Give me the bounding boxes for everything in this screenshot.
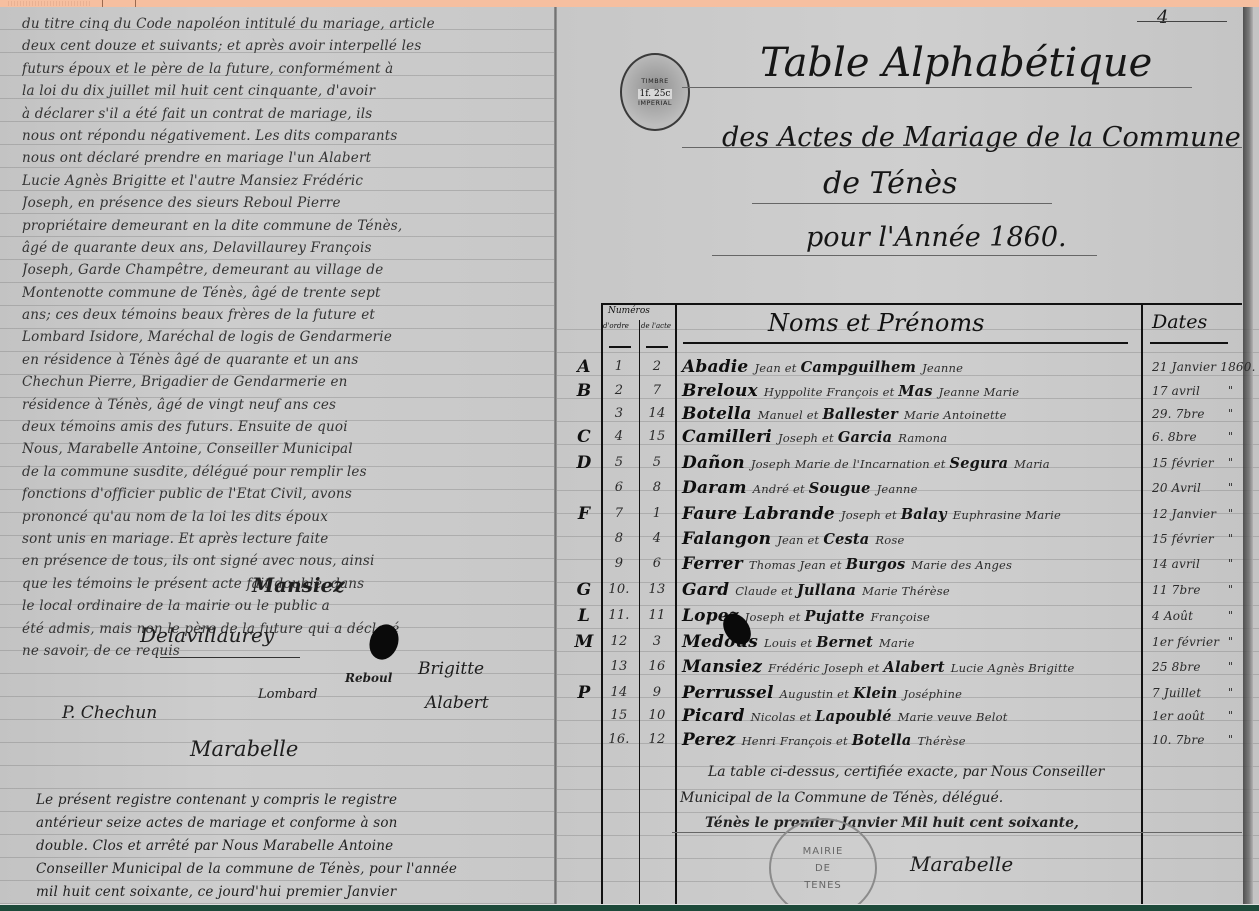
- text-line: Le présent registre contenant y compris …: [36, 789, 551, 812]
- no-ordre: 10.: [604, 579, 634, 601]
- table-top-border: [602, 303, 1242, 305]
- groom-surname: Faure Labrande: [682, 504, 835, 524]
- groom-surname: Perez: [682, 730, 736, 750]
- no-ordre: 11.: [604, 605, 634, 627]
- marriage-date: 10. 7bre: [1152, 729, 1205, 751]
- bride-surname: Burgos: [846, 556, 906, 573]
- no-ordre: 16.: [604, 729, 634, 751]
- marriage-date: 20 Avril: [1152, 477, 1201, 499]
- table-row: M 12 3 MedousLouis etBernetMarie 1er fév…: [560, 631, 1240, 653]
- bride-given: Joséphine: [903, 687, 962, 701]
- year-ditto: ": [1228, 729, 1233, 751]
- header-divider: [609, 346, 631, 348]
- bride-given: Marie: [879, 636, 915, 650]
- bride-surname: Pujatte: [805, 608, 865, 625]
- title-underline: [682, 147, 1242, 148]
- groom-surname: Breloux: [682, 381, 758, 401]
- certification-line-2: Municipal de la Commune de Ténès, délégu…: [680, 790, 1003, 806]
- year-ditto: ": [1228, 403, 1233, 425]
- bride-given: Maria: [1014, 457, 1050, 471]
- text-line: deux cent douze et suivants; et après av…: [22, 35, 552, 57]
- bride-surname: Botella: [852, 732, 912, 749]
- marriage-date: 15 février: [1152, 452, 1214, 474]
- groom-given: Joseph et: [841, 508, 897, 522]
- bride-surname: Ballester: [823, 406, 898, 423]
- text-line: en présence de tous, ils ont signé avec …: [22, 550, 552, 572]
- groom-name: Faure LabrandeJoseph etBalayEuphrasine M…: [682, 503, 1061, 526]
- text-line: double. Clos et arrêté par Nous Marabell…: [36, 835, 551, 858]
- certification-line-3: Ténès le premier Janvier Mil huit cent s…: [705, 815, 1079, 831]
- signature-lombard: Lombard: [258, 687, 317, 702]
- title-line-2: des Actes de Mariage de la Commune: [722, 122, 1241, 153]
- bride-surname: Cesta: [823, 531, 869, 548]
- text-line: prononcé qu'au nom de la loi les dits ép…: [22, 506, 552, 528]
- stamp-ring-text-left: TIMBRE: [641, 77, 669, 85]
- text-line: propriétaire demeurant en la dite commun…: [22, 215, 552, 237]
- marriage-date: 29. 7bre: [1152, 403, 1205, 425]
- no-ordre: 13: [604, 656, 634, 678]
- text-line: de la commune susdite, délégué pour remp…: [22, 461, 552, 483]
- title-underline: [712, 255, 1097, 256]
- groom-name: PicardNicolas etLapoubléMarie veuve Belo…: [682, 705, 1008, 728]
- text-line: nous ont déclaré prendre en mariage l'un…: [22, 147, 552, 169]
- no-acte: 3: [642, 631, 672, 653]
- alpha-letter: G: [572, 579, 596, 601]
- no-acte: 6: [642, 553, 672, 575]
- header-no-acte: de l'acte: [641, 322, 671, 330]
- groom-surname: Ferrer: [682, 554, 743, 574]
- year-ditto: ": [1228, 503, 1233, 525]
- bride-given: Jeanne Marie: [939, 385, 1020, 399]
- table-row: 13 16 MansiezFrédéric Joseph etAlabertLu…: [560, 656, 1240, 678]
- header-noms-prenoms: Noms et Prénoms: [768, 309, 984, 337]
- groom-surname: Botella: [682, 404, 752, 424]
- groom-surname: Falangon: [682, 529, 771, 549]
- bride-surname: Balay: [901, 506, 947, 523]
- bride-given: Jeanne: [922, 361, 963, 375]
- no-ordre: 6: [604, 477, 634, 499]
- no-acte: 7: [642, 380, 672, 402]
- mairie-de-tenes-stamp: MAIRIE DE TENES: [769, 818, 877, 911]
- no-ordre: 15: [604, 705, 634, 727]
- alpha-letter: L: [572, 605, 596, 627]
- marriage-date: 11 7bre: [1152, 579, 1201, 601]
- groom-surname: Gard: [682, 580, 729, 600]
- alpha-letter: D: [572, 452, 596, 474]
- groom-name: MedousLouis etBernetMarie: [682, 631, 915, 654]
- groom-given: Henri François et: [742, 734, 848, 748]
- signature-marabelle: Marabelle: [190, 737, 298, 761]
- stamp-text: TENES: [804, 877, 842, 894]
- alpha-letter: C: [572, 426, 596, 448]
- groom-given: Louis et: [764, 636, 812, 650]
- signature-chechun: P. Chechun: [62, 703, 157, 723]
- no-ordre: 12: [604, 631, 634, 653]
- table-row: B 2 7 BrelouxHyppolite François etMasJea…: [560, 380, 1240, 402]
- table-row: 3 14 BotellaManuel etBallesterMarie Anto…: [560, 403, 1240, 425]
- groom-surname: Camilleri: [682, 427, 772, 447]
- text-line: âgé de quarante deux ans, Delavillaurey …: [22, 237, 552, 259]
- signature-marabelle: Marabelle: [910, 852, 1013, 876]
- bride-surname: Jullana: [797, 582, 856, 599]
- title-underline: [752, 203, 1052, 204]
- groom-name: FalangonJean etCestaRose: [682, 528, 904, 551]
- bride-given: Françoise: [871, 610, 930, 624]
- groom-name: FerrerThomas Jean etBurgosMarie des Ange…: [682, 553, 1012, 576]
- groom-given: Joseph et: [778, 431, 834, 445]
- groom-surname: Mansiez: [682, 657, 762, 677]
- year-ditto: ": [1228, 682, 1233, 704]
- bride-surname: Mas: [898, 383, 932, 400]
- bride-given: Marie Thérèse: [862, 584, 950, 598]
- no-ordre: 4: [604, 426, 634, 448]
- text-line: antérieur seize actes de mariage et conf…: [36, 812, 551, 835]
- marriage-date: 12 Janvier: [1152, 503, 1216, 525]
- groom-name: BrelouxHyppolite François etMasJeanne Ma…: [682, 380, 1019, 403]
- year-ditto: ": [1228, 477, 1233, 499]
- viewer-bottom-band: [0, 904, 1259, 911]
- year-ditto: ": [1228, 705, 1233, 727]
- text-line: Chechun Pierre, Brigadier de Gendarmerie…: [22, 371, 552, 393]
- signature-delavillaurey: Delavillaurey: [140, 623, 274, 647]
- table-row: 8 4 FalangonJean etCestaRose 15 février …: [560, 528, 1240, 550]
- table-row: 6 8 DaramAndré etSougueJeanne 20 Avril ": [560, 477, 1240, 499]
- text-line: Montenotte commune de Ténès, âgé de tren…: [22, 282, 552, 304]
- year-ditto: ": [1228, 528, 1233, 550]
- title-line-4: pour l'Année 1860.: [806, 222, 1067, 253]
- year-ditto: ": [1228, 579, 1233, 601]
- bride-surname: Campguilhem: [801, 359, 916, 376]
- closing-statement: Le présent registre contenant y compris …: [36, 789, 551, 904]
- no-ordre: 7: [604, 503, 634, 525]
- signature-underline: [160, 657, 300, 658]
- marriage-date: 21 Janvier 1860.: [1152, 356, 1256, 378]
- header-dates: Dates: [1152, 311, 1207, 333]
- header-numeros: Numéros: [608, 306, 650, 316]
- groom-name: MansiezFrédéric Joseph etAlabertLucie Ag…: [682, 656, 1075, 679]
- bride-given: Rose: [875, 533, 904, 547]
- certification-underline: [672, 832, 1242, 833]
- groom-name: CamilleriJoseph etGarciaRamona: [682, 426, 947, 449]
- groom-given: Manuel et: [758, 408, 819, 422]
- page-edge-shadow: [1243, 7, 1253, 904]
- no-acte: 9: [642, 682, 672, 704]
- no-ordre: 9: [604, 553, 634, 575]
- header-divider: [683, 342, 1128, 344]
- no-acte: 8: [642, 477, 672, 499]
- viewer-top-strip: [0, 0, 1259, 7]
- groom-name: PerezHenri François etBotellaThérèse: [682, 729, 966, 752]
- year-ditto: ": [1228, 656, 1233, 678]
- table-row: 15 10 PicardNicolas etLapoubléMarie veuv…: [560, 705, 1240, 727]
- signature-reboul: Reboul: [345, 671, 392, 685]
- text-line: à déclarer s'il a été fait un contrat de…: [22, 103, 552, 125]
- no-acte: 15: [642, 426, 672, 448]
- bride-surname: Klein: [853, 685, 897, 702]
- groom-surname: Dañon: [682, 453, 745, 473]
- marriage-date: 4 Août: [1152, 605, 1193, 627]
- alpha-letter: B: [572, 380, 596, 402]
- text-line: ans; ces deux témoins beaux frères de la…: [22, 304, 552, 326]
- marriage-date: 17 avril: [1152, 380, 1200, 402]
- groom-name: LopezJoseph etPujatteFrançoise: [682, 605, 930, 628]
- stamp-text: DE: [815, 860, 831, 877]
- text-line: du titre cinq du Code napoléon intitulé …: [22, 13, 552, 35]
- table-row: 9 6 FerrerThomas Jean etBurgosMarie des …: [560, 553, 1240, 575]
- text-line: Lucie Agnès Brigitte et l'autre Mansiez …: [22, 170, 552, 192]
- bride-surname: Segura: [950, 455, 1009, 472]
- bride-given: Euphrasine Marie: [953, 508, 1061, 522]
- text-line: deux témoins amis des futurs. Ensuite de…: [22, 416, 552, 438]
- no-ordre: 2: [604, 380, 634, 402]
- year-ditto: ": [1228, 553, 1233, 575]
- bride-surname: Lapoublé: [815, 708, 891, 725]
- no-acte: 16: [642, 656, 672, 678]
- table-row: 16. 12 PerezHenri François etBotellaThér…: [560, 729, 1240, 751]
- text-line: sont unis en mariage. Et après lecture f…: [22, 528, 552, 550]
- groom-name: PerrusselAugustin etKleinJoséphine: [682, 682, 962, 705]
- text-line: été admis, mais non le père de la future…: [22, 618, 552, 640]
- no-acte: 14: [642, 403, 672, 425]
- no-acte: 10: [642, 705, 672, 727]
- title-line-1: Table Alphabétique: [760, 40, 1152, 86]
- viewer-tick-mark: [102, 0, 103, 7]
- text-line: Nous, Marabelle Antoine, Conseiller Muni…: [22, 438, 552, 460]
- table-row: F 7 1 Faure LabrandeJoseph etBalayEuphra…: [560, 503, 1240, 525]
- no-acte: 1: [642, 503, 672, 525]
- no-acte: 4: [642, 528, 672, 550]
- certification-line-1: La table ci-dessus, certifiée exacte, pa…: [708, 764, 1104, 780]
- signature-mansiez: Mansiez: [252, 573, 345, 597]
- table-row: A 1 2 AbadieJean etCampguilhemJeanne 21 …: [560, 356, 1240, 378]
- header-divider: [1150, 342, 1228, 344]
- groom-name: AbadieJean etCampguilhemJeanne: [682, 356, 963, 379]
- stamp-value: 1f. 25c: [638, 89, 673, 99]
- groom-given: Augustin et: [780, 687, 849, 701]
- no-ordre: 8: [604, 528, 634, 550]
- corner-flourish: [1137, 21, 1227, 22]
- signature-alabert: Alabert: [425, 693, 489, 713]
- text-line: fonctions d'officier public de l'Etat Ci…: [22, 483, 552, 505]
- text-line: Joseph, en présence des sieurs Reboul Pi…: [22, 192, 552, 214]
- bride-given: Thérèse: [918, 734, 966, 748]
- bride-surname: Bernet: [816, 634, 873, 651]
- text-line: Conseiller Municipal de la commune de Té…: [36, 858, 551, 881]
- groom-given: Jean et: [777, 533, 819, 547]
- timbre-imperial-stamp: TIMBRE 1f. 25c IMPERIAL: [620, 53, 690, 131]
- alpha-letter: A: [572, 356, 596, 378]
- table-row: G 10. 13 GardClaude etJullanaMarie Thérè…: [560, 579, 1240, 601]
- text-line: en résidence à Ténès âgé de quarante et …: [22, 349, 552, 371]
- no-acte: 2: [642, 356, 672, 378]
- groom-surname: Abadie: [682, 357, 748, 377]
- alpha-letter: F: [572, 503, 596, 525]
- viewer-ruler: [8, 1, 92, 6]
- no-ordre: 14: [604, 682, 634, 704]
- no-acte: 5: [642, 452, 672, 474]
- table-row: D 5 5 DañonJoseph Marie de l'Incarnation…: [560, 452, 1240, 474]
- marriage-date: 25 8bre: [1152, 656, 1201, 678]
- groom-surname: Picard: [682, 706, 745, 726]
- marriage-date: 7 Juillet: [1152, 682, 1201, 704]
- bride-given: Marie Antoinette: [904, 408, 1007, 422]
- marriage-date: 1er août: [1152, 705, 1205, 727]
- no-acte: 11: [642, 605, 672, 627]
- year-ditto: ": [1228, 426, 1233, 448]
- bride-given: Lucie Agnès Brigitte: [951, 661, 1075, 675]
- marriage-date: 15 février: [1152, 528, 1214, 550]
- text-line: le local ordinaire de la mairie ou le pu…: [22, 595, 552, 617]
- title-underline: [682, 87, 1192, 88]
- header-divider: [646, 346, 668, 348]
- stamp-ring-text-right: IMPERIAL: [638, 99, 672, 107]
- groom-name: DañonJoseph Marie de l'Incarnation etSeg…: [682, 452, 1050, 475]
- text-line: Lombard Isidore, Maréchal de logis de Ge…: [22, 326, 552, 348]
- groom-given: Nicolas et: [751, 710, 812, 724]
- text-line: futurs époux et le père de la future, co…: [22, 58, 552, 80]
- alpha-letter: M: [572, 631, 596, 653]
- table-row: L 11. 11 LopezJoseph etPujatteFrançoise …: [560, 605, 1240, 627]
- no-ordre: 1: [604, 356, 634, 378]
- year-ditto: ": [1228, 605, 1233, 627]
- groom-given: André et: [753, 482, 805, 496]
- year-ditto: ": [1228, 631, 1233, 653]
- text-line: mil huit cent soixante, ce jourd'hui pre…: [36, 881, 551, 904]
- left-page: du titre cinq du Code napoléon intitulé …: [0, 7, 557, 904]
- page-number-mark: 4: [1157, 7, 1168, 28]
- header-no-ordre: d'ordre: [603, 322, 629, 330]
- groom-name: DaramAndré etSougueJeanne: [682, 477, 918, 500]
- text-line: nous ont répondu négativement. Les dits …: [22, 125, 552, 147]
- table-row: C 4 15 CamilleriJoseph etGarciaRamona 6.…: [560, 426, 1240, 448]
- alpha-letter: P: [572, 682, 596, 704]
- title-line-3: de Ténès: [823, 166, 957, 201]
- bride-surname: Garcia: [838, 429, 892, 446]
- groom-surname: Perrussel: [682, 683, 774, 703]
- groom-name: BotellaManuel etBallesterMarie Antoinett…: [682, 403, 1007, 426]
- year-ditto: ": [1228, 380, 1233, 402]
- marriage-date: 6. 8bre: [1152, 426, 1197, 448]
- marriage-date: 14 avril: [1152, 553, 1200, 575]
- bride-given: Marie des Anges: [911, 558, 1012, 572]
- groom-given: Thomas Jean et: [749, 558, 842, 572]
- groom-given: Frédéric Joseph et: [768, 661, 879, 675]
- bride-surname: Alabert: [884, 659, 945, 676]
- groom-surname: Daram: [682, 478, 747, 498]
- no-ordre: 3: [604, 403, 634, 425]
- bride-given: Jeanne: [877, 482, 918, 496]
- bride-given: Ramona: [898, 431, 947, 445]
- marriage-act-text: du titre cinq du Code napoléon intitulé …: [22, 13, 552, 662]
- text-line: résidence à Ténès, âgé de vingt neuf ans…: [22, 394, 552, 416]
- no-acte: 12: [642, 729, 672, 751]
- bride-given: Marie veuve Belot: [898, 710, 1008, 724]
- table-row: P 14 9 PerrusselAugustin etKleinJoséphin…: [560, 682, 1240, 704]
- groom-given: Joseph et: [745, 610, 801, 624]
- viewer-tick-mark: [135, 0, 136, 7]
- signature-brigitte: Brigitte: [418, 659, 484, 679]
- groom-given: Joseph Marie de l'Incarnation et: [751, 457, 946, 471]
- groom-given: Claude et: [735, 584, 793, 598]
- year-ditto: ": [1228, 452, 1233, 474]
- groom-given: Hyppolite François et: [764, 385, 895, 399]
- marriage-date: 1er février: [1152, 631, 1219, 653]
- groom-name: GardClaude etJullanaMarie Thérèse: [682, 579, 950, 602]
- bride-surname: Sougue: [809, 480, 871, 497]
- stamp-text: MAIRIE: [803, 843, 844, 860]
- no-ordre: 5: [604, 452, 634, 474]
- text-line: Joseph, Garde Champêtre, demeurant au vi…: [22, 259, 552, 281]
- groom-given: Jean et: [754, 361, 796, 375]
- no-acte: 13: [642, 579, 672, 601]
- text-line: la loi du dix juillet mil huit cent cinq…: [22, 80, 552, 102]
